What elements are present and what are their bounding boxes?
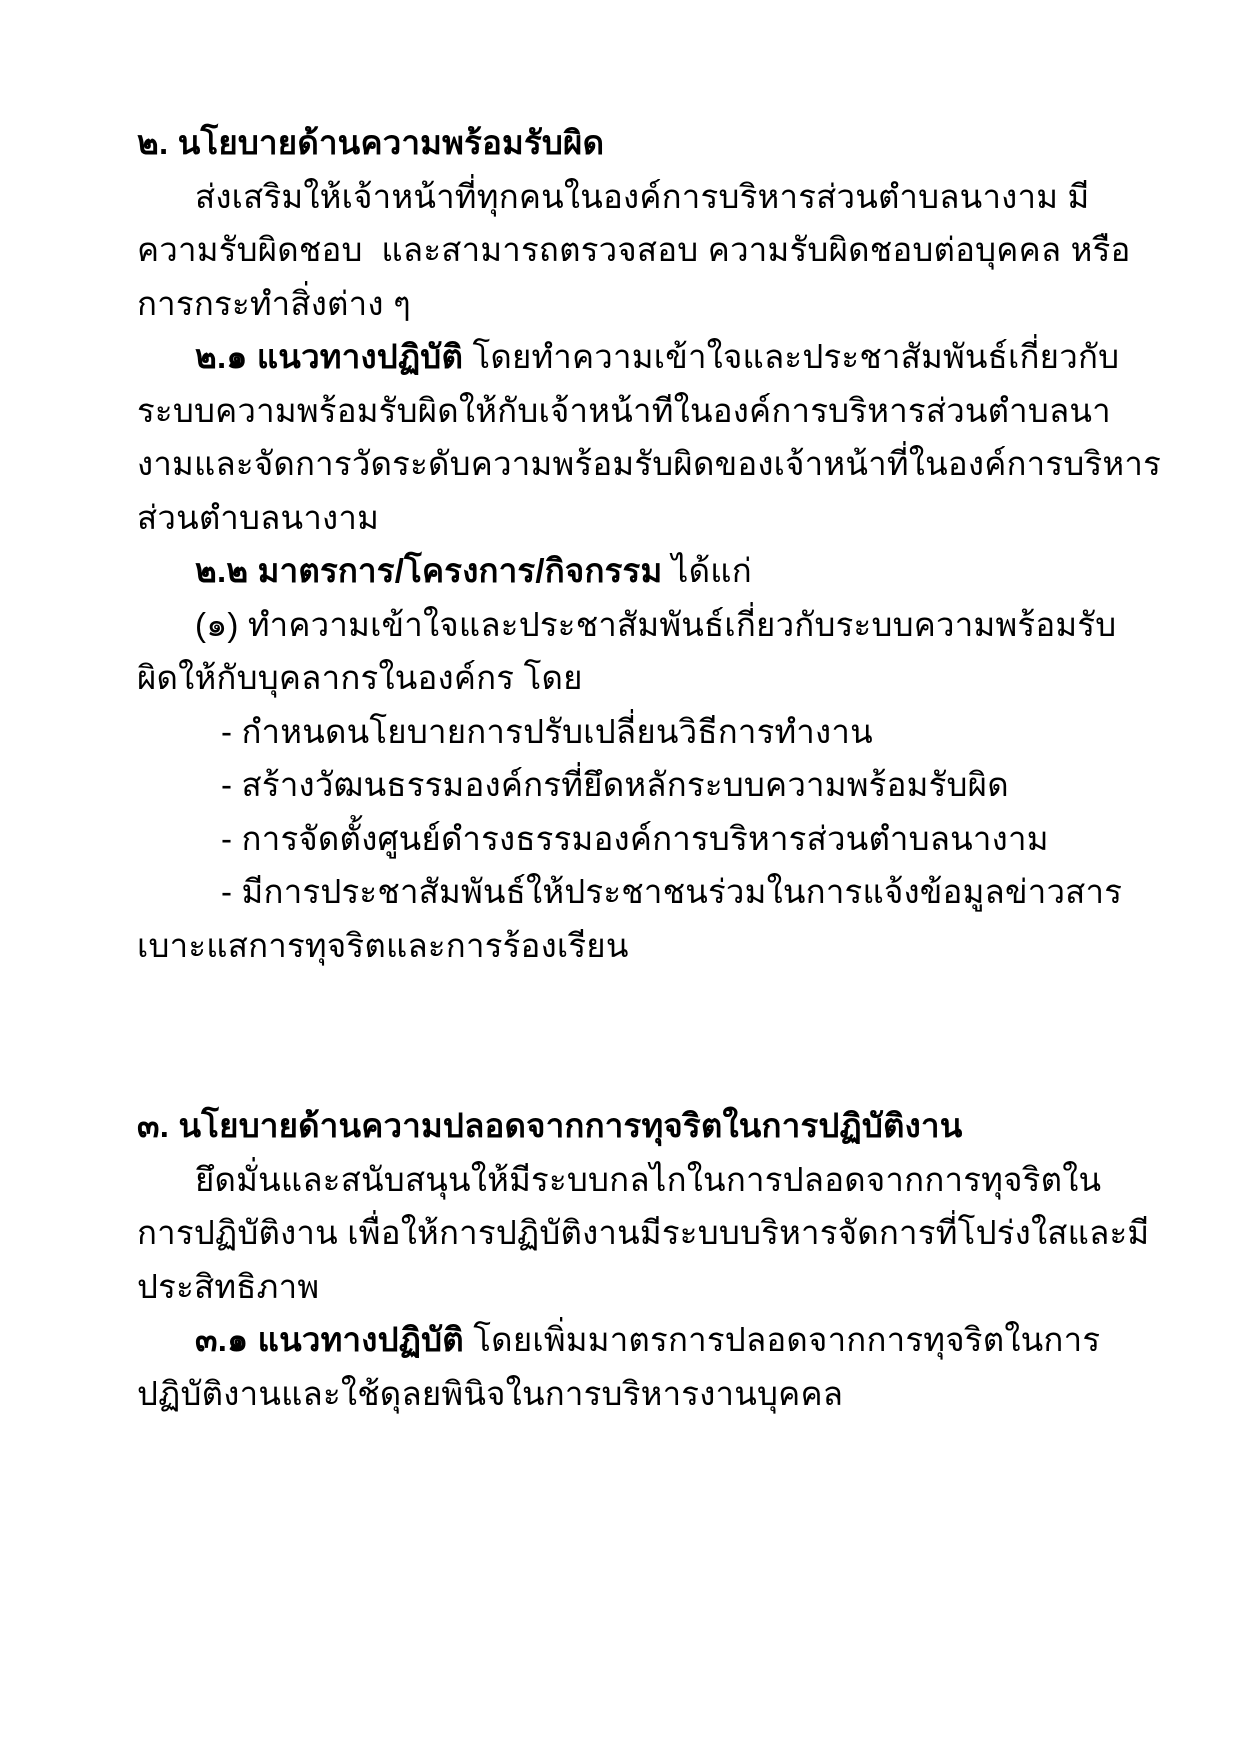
- blank-line: [137, 1026, 1107, 1080]
- text-segment: โดยทำความเข้าใจและประชาสัมพันธ์เกี่ยวกับ: [463, 338, 1119, 375]
- subsection-2-1-line: ๒.๑ แนวทางปฏิบัติ โดยทำความเข้าใจและประช…: [137, 330, 1107, 384]
- section-2-heading: ๒. นโยบายด้านความพร้อมรับผิด: [137, 116, 1107, 170]
- list-item: - มีการประชาสัมพันธ์ให้ประชาชนร่วมในการแ…: [137, 865, 1107, 919]
- list-item: - กำหนดนโยบายการปรับเปลี่ยนวิธีการทำงาน: [137, 705, 1107, 759]
- text-segment: การกระทำสิ่งต่าง ๆ: [137, 285, 411, 322]
- text-segment: ผิดให้กับบุคลากรในองค์กร โดย: [137, 659, 583, 696]
- paragraph-line: ประสิทธิภาพ: [137, 1260, 1107, 1314]
- paragraph-line: ความรับผิดชอบ และสามารถตรวจสอบ ความรับผิ…: [137, 223, 1107, 277]
- paragraph-line: งามและจัดการวัดระดับความพร้อมรับผิดของเจ…: [137, 437, 1107, 491]
- subsection-3-1-line: ๓.๑ แนวทางปฏิบัติ โดยเพิ่มมาตรการปลอดจาก…: [137, 1313, 1107, 1367]
- text-segment: - กำหนดนโยบายการปรับเปลี่ยนวิธีการทำงาน: [221, 713, 873, 750]
- text-segment: ส่งเสริมให้เจ้าหน้าที่ทุกคนในองค์การบริห…: [195, 178, 1090, 215]
- text-segment: - การจัดตั้งศูนย์ดำรงธรรมองค์การบริหารส่…: [221, 820, 1049, 857]
- paragraph-line: เบาะแสการทุจริตและการร้องเรียน: [137, 919, 1107, 973]
- paragraph-line: ปฏิบัติงานและใช้ดุลยพินิจในการบริหารงานบ…: [137, 1367, 1107, 1421]
- paragraph-line: การกระทำสิ่งต่าง ๆ: [137, 277, 1107, 331]
- text-segment: ได้แก่: [662, 552, 751, 589]
- subsection-2-2-line: ๒.๒ มาตรการ/โครงการ/กิจกรรม ได้แก่: [137, 544, 1107, 598]
- text-segment: ประสิทธิภาพ: [137, 1268, 319, 1305]
- paragraph-line: ยึดมั่นและสนับสนุนให้มีระบบกลไกในการปลอด…: [137, 1153, 1107, 1207]
- list-item: - การจัดตั้งศูนย์ดำรงธรรมองค์การบริหารส่…: [137, 812, 1107, 866]
- section-3-heading: ๓. นโยบายด้านความปลอดจากการทุจริตในการปฏ…: [137, 1099, 1107, 1153]
- text-segment: - สร้างวัฒนธรรมองค์กรที่ยึดหลักระบบความพ…: [221, 766, 1009, 803]
- document-page: ๒. นโยบายด้านความพร้อมรับผิดส่งเสริมให้เ…: [0, 0, 1241, 1755]
- text-segment: งามและจัดการวัดระดับความพร้อมรับผิดของเจ…: [137, 445, 1161, 482]
- paragraph-line: การปฏิบัติงาน เพื่อให้การปฏิบัติงานมีระบ…: [137, 1206, 1107, 1260]
- text-segment: ระบบความพร้อมรับผิดให้กับเจ้าหน้าทีในองค…: [137, 392, 1111, 429]
- paragraph-line: ส่งเสริมให้เจ้าหน้าที่ทุกคนในองค์การบริห…: [137, 170, 1107, 224]
- paragraph-line: ระบบความพร้อมรับผิดให้กับเจ้าหน้าทีในองค…: [137, 384, 1107, 438]
- text-segment: เบาะแสการทุจริตและการร้องเรียน: [137, 927, 629, 964]
- text-segment: ความรับผิดชอบ และสามารถตรวจสอบ ความรับผิ…: [137, 231, 1131, 268]
- item-1-line: (๑) ทำความเข้าใจและประชาสัมพันธ์เกี่ยวกั…: [137, 598, 1107, 652]
- paragraph-line: ส่วนตำบลนางาม: [137, 491, 1107, 545]
- text-segment: ปฏิบัติงานและใช้ดุลยพินิจในการบริหารงานบ…: [137, 1375, 843, 1412]
- bold-text-segment: ๓.๑ แนวทางปฏิบัติ: [195, 1321, 464, 1358]
- text-segment: ยึดมั่นและสนับสนุนให้มีระบบกลไกในการปลอด…: [195, 1161, 1101, 1198]
- text-segment: - มีการประชาสัมพันธ์ให้ประชาชนร่วมในการแ…: [221, 873, 1122, 910]
- bold-text-segment: ๒.๒ มาตรการ/โครงการ/กิจกรรม: [195, 552, 662, 589]
- bold-text-segment: ๓. นโยบายด้านความปลอดจากการทุจริตในการปฏ…: [137, 1107, 962, 1144]
- list-item: - สร้างวัฒนธรรมองค์กรที่ยึดหลักระบบความพ…: [137, 758, 1107, 812]
- blank-line: [137, 972, 1107, 1026]
- bold-text-segment: ๒.๑ แนวทางปฏิบัติ: [195, 338, 463, 375]
- text-segment: การปฏิบัติงาน เพื่อให้การปฏิบัติงานมีระบ…: [137, 1214, 1149, 1251]
- text-segment: ส่วนตำบลนางาม: [137, 499, 379, 536]
- bold-text-segment: ๒. นโยบายด้านความพร้อมรับผิด: [137, 124, 604, 161]
- text-segment: (๑) ทำความเข้าใจและประชาสัมพันธ์เกี่ยวกั…: [195, 606, 1116, 643]
- text-segment: โดยเพิ่มมาตรการปลอดจากการทุจริตในการ: [464, 1321, 1100, 1358]
- paragraph-line: ผิดให้กับบุคลากรในองค์กร โดย: [137, 651, 1107, 705]
